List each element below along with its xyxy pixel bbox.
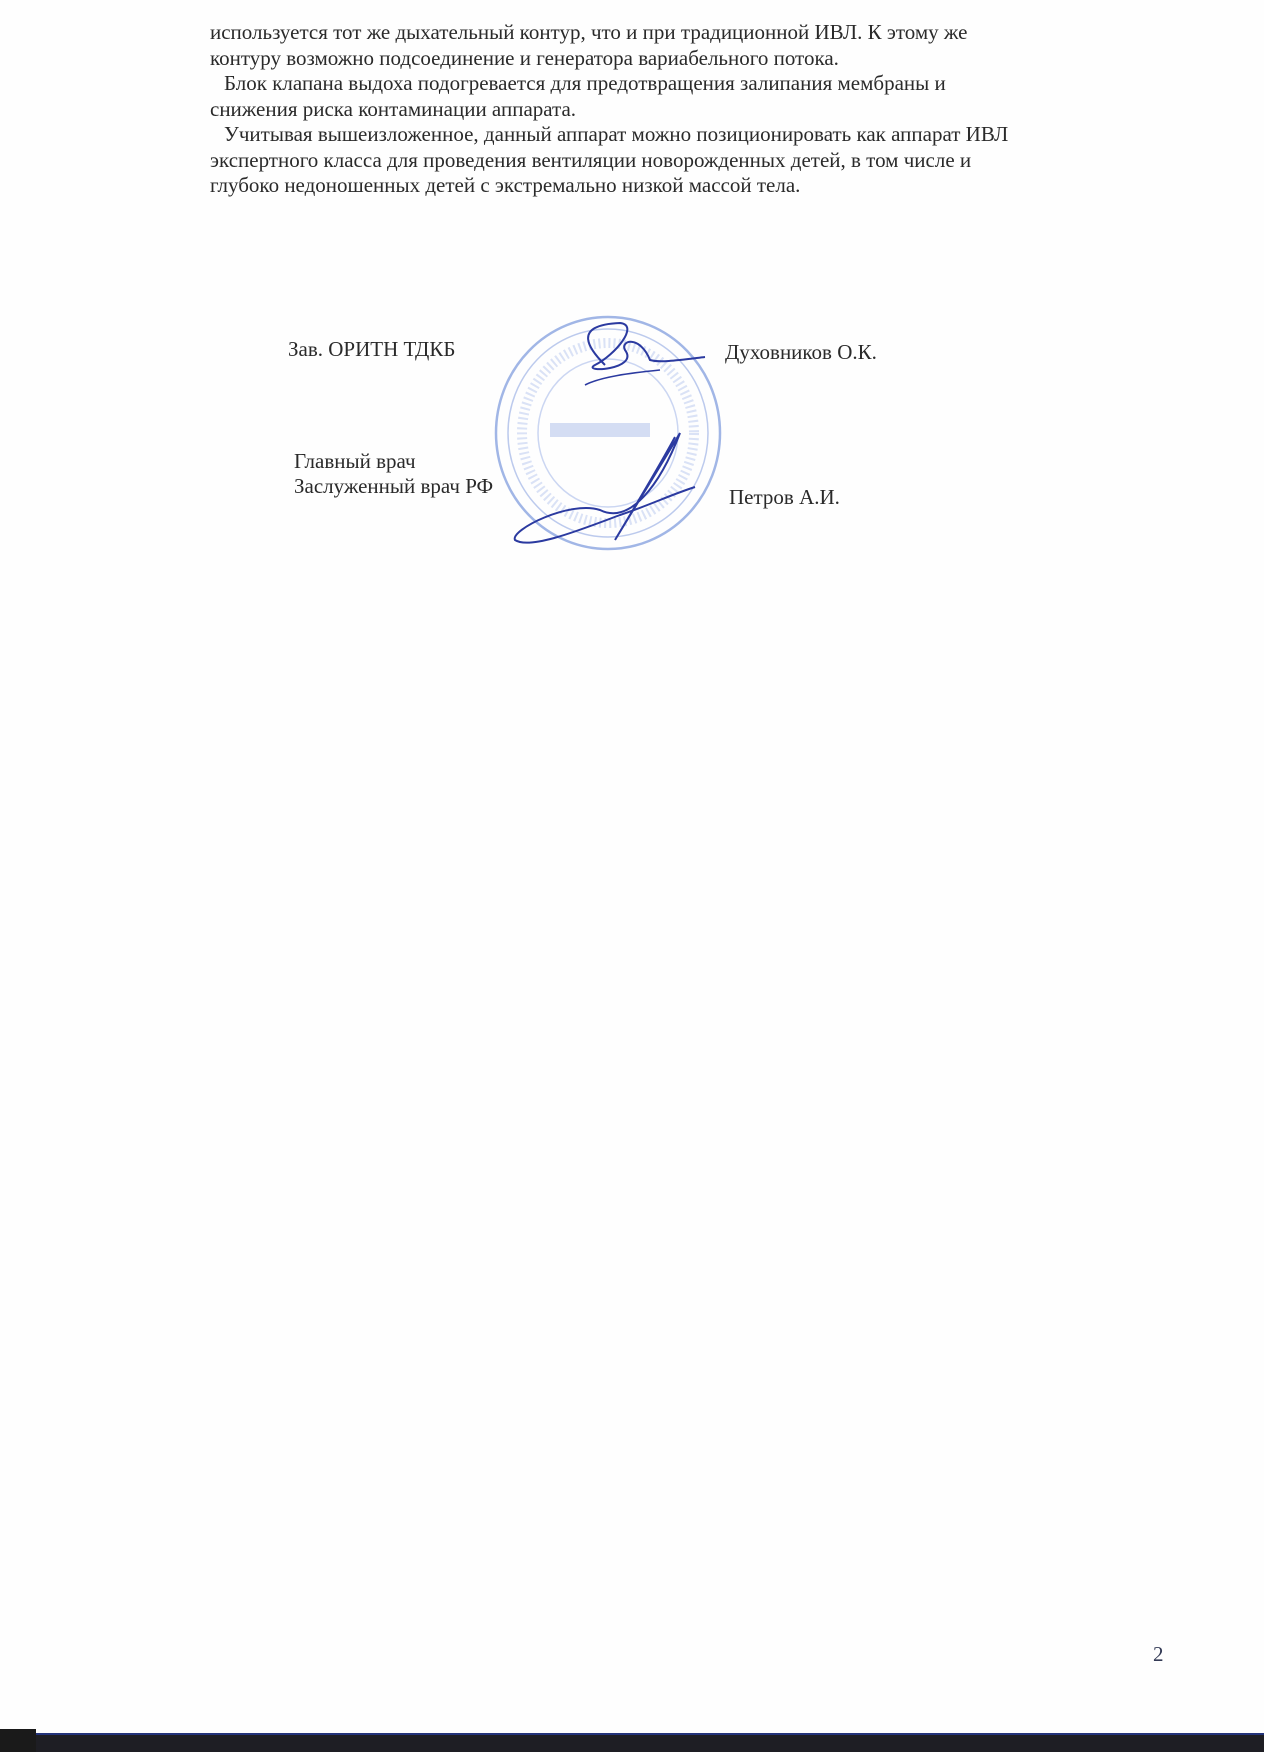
title-line: Главный врач [294, 449, 416, 473]
text-line: глубоко недоношенных детей с экстремальн… [210, 173, 800, 197]
text-line: Учитывая вышеизложенное, данный аппарат … [224, 122, 1008, 146]
signatory-2-title: Главный врач Заслуженный врач РФ [294, 449, 493, 499]
paragraph-3-cont: экспертного класса для проведения вентил… [210, 148, 1170, 199]
document-page: используется тот же дыхательный контур, … [0, 0, 1264, 1735]
title-line: Зав. ОРИТН ТДКБ [288, 337, 455, 361]
scan-edge-bar [0, 1733, 1264, 1752]
signatory-1-name: Духовников О.К. [725, 340, 877, 365]
body-text: используется тот же дыхательный контур, … [210, 20, 1170, 199]
signatory-2-name: Петров А.И. [729, 485, 840, 510]
title-line: Заслуженный врач РФ [294, 474, 493, 498]
text-line: контуру возможно подсоединение и генерат… [210, 46, 839, 70]
paragraph-3: Учитывая вышеизложенное, данный аппарат … [210, 122, 1170, 148]
signatory-1-title: Зав. ОРИТН ТДКБ [288, 337, 455, 362]
paragraph-2-cont: снижения риска контаминации аппарата. [210, 97, 1170, 123]
text-line: снижения риска контаминации аппарата. [210, 97, 576, 121]
page-number: 2 [1153, 1642, 1164, 1667]
paragraph-1: используется тот же дыхательный контур, … [210, 20, 1170, 71]
paragraph-2: Блок клапана выдоха подогревается для пр… [210, 71, 1170, 97]
scan-edge-corner [0, 1729, 36, 1752]
text-line: Блок клапана выдоха подогревается для пр… [224, 71, 946, 95]
text-line: используется тот же дыхательный контур, … [210, 20, 967, 44]
handwritten-signature-icon [510, 315, 740, 555]
text-line: экспертного класса для проведения вентил… [210, 148, 971, 172]
